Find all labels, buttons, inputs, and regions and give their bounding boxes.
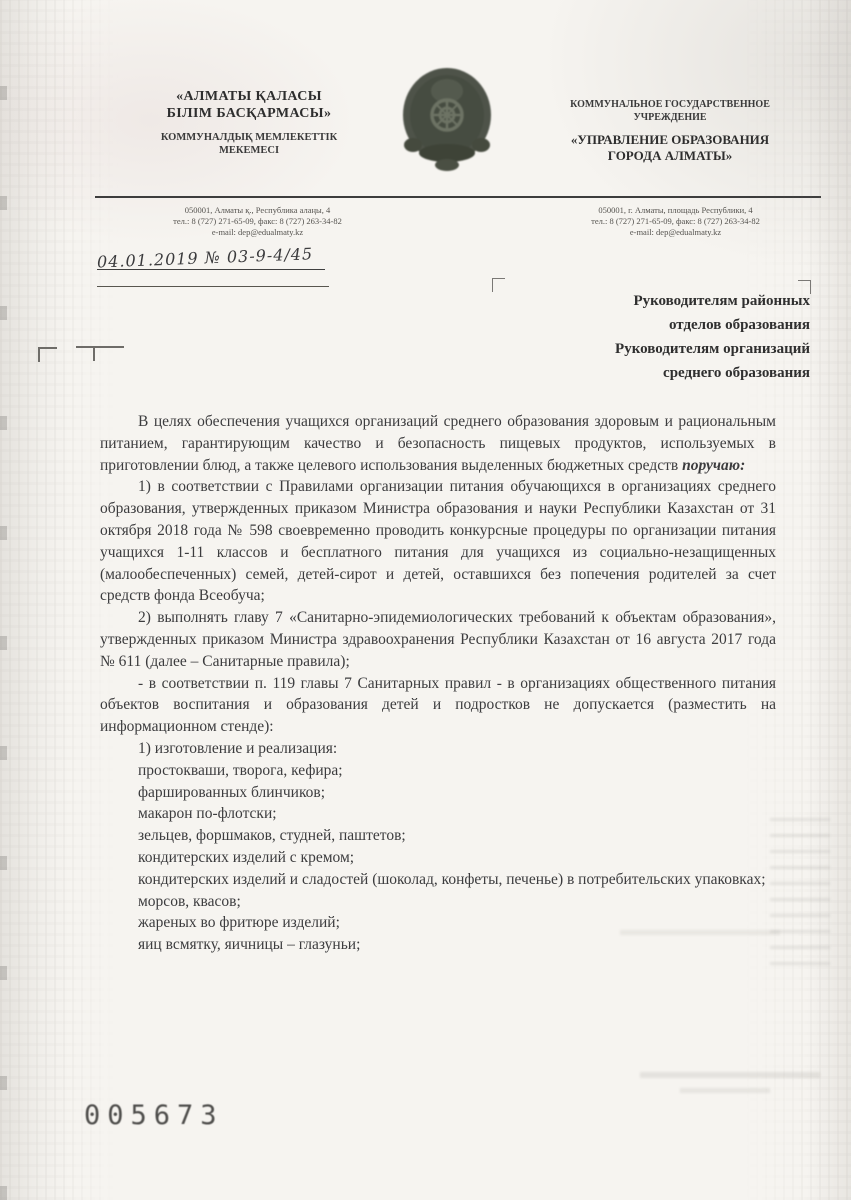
scanned-letter-page: «АЛМАТЫ ҚАЛАСЫ БІЛІМ БАСҚАРМАСЫ» КОММУНА… — [0, 0, 851, 1200]
address-email: e-mail: dep@edualmaty.kz — [105, 227, 410, 238]
org-name-line: ГОРОДА АЛМАТЫ» — [520, 148, 820, 164]
org-name-line: БІЛІМ БАСҚАРМАСЫ» — [108, 105, 390, 122]
body-paragraph: - в соответствии п. 119 главы 7 Санитарн… — [100, 673, 776, 738]
document-stamp-number: 005673 — [84, 1100, 224, 1131]
body-list-item: кондитерских изделий с кремом; — [100, 847, 776, 869]
org-name-line: «АЛМАТЫ ҚАЛАСЫ — [108, 88, 390, 105]
letterhead-divider — [95, 196, 821, 198]
handwritten-date-number: 04.01.2019 № 03-9-4/45 — [97, 243, 333, 271]
body-paragraph: 2) выполнять главу 7 «Санитарно-эпидемио… — [100, 607, 776, 672]
body-paragraph-intro: В целях обеспечения учащихся организаций… — [100, 411, 776, 476]
org-name-russian: «УПРАВЛЕНИЕ ОБРАЗОВАНИЯ ГОРОДА АЛМАТЫ» — [520, 132, 820, 164]
margin-corner-mark — [38, 347, 57, 362]
address-block-kazakh: 050001, Алматы қ., Республика алаңы, 4 т… — [105, 205, 410, 238]
body-list-item: жареных во фритюре изделий; — [100, 912, 776, 934]
bleed-through-artifact — [680, 1088, 770, 1093]
org-type-russian: КОММУНАЛЬНОЕ ГОСУДАРСТВЕННОЕ УЧРЕЖДЕНИЕ — [520, 99, 820, 124]
org-name-line: «УПРАВЛЕНИЕ ОБРАЗОВАНИЯ — [520, 132, 820, 148]
address-line: тел.: 8 (727) 271-65-09, факс: 8 (727) 2… — [105, 216, 410, 227]
org-type-line: КОММУНАЛЬНОЕ ГОСУДАРСТВЕННОЕ — [520, 99, 820, 112]
letterhead-right-org: КОММУНАЛЬНОЕ ГОСУДАРСТВЕННОЕ УЧРЕЖДЕНИЕ … — [520, 99, 820, 164]
address-email: e-mail: dep@edualmaty.kz — [528, 227, 823, 238]
body-list-item: яиц всмятку, яичницы – глазуньи; — [100, 934, 776, 956]
intro-emphasis: поручаю: — [682, 457, 745, 474]
body-list-item: зельцев, форшмаков, студней, паштетов; — [100, 825, 776, 847]
address-line: тел.: 8 (727) 271-65-09, факс: 8 (727) 2… — [528, 216, 823, 227]
kazakhstan-coat-of-arms-icon — [397, 61, 497, 175]
body-paragraph: 1) в соответствии с Правилами организаци… — [100, 476, 776, 607]
body-list-item: морсов, квасов; — [100, 891, 776, 913]
org-name-kazakh: «АЛМАТЫ ҚАЛАСЫ БІЛІМ БАСҚАРМАСЫ» — [108, 88, 390, 122]
org-type-line: КОММУНАЛДЫҚ МЕМЛЕКЕТТІК — [108, 131, 390, 144]
recipient-line: отделов образования — [480, 313, 810, 337]
recipient-line: Руководителям районных — [480, 289, 810, 313]
margin-corner-mark — [76, 346, 124, 361]
bleed-through-artifact — [640, 1072, 820, 1078]
recipient-line: Руководителям организаций — [480, 337, 810, 361]
body-paragraph: 1) изготовление и реализация: — [100, 738, 776, 760]
reference-underline — [97, 286, 329, 287]
intro-text: В целях обеспечения учащихся организаций… — [100, 413, 776, 474]
org-type-line: МЕКЕМЕСІ — [108, 144, 390, 157]
body-list-item: кондитерских изделий и сладостей (шокола… — [100, 869, 776, 891]
letterhead-left-org: «АЛМАТЫ ҚАЛАСЫ БІЛІМ БАСҚАРМАСЫ» КОММУНА… — [108, 88, 390, 157]
address-line: 050001, Алматы қ., Республика алаңы, 4 — [105, 205, 410, 216]
body-list-item: фаршированных блинчиков; — [100, 782, 776, 804]
address-line: 050001, г. Алматы, площадь Республики, 4 — [528, 205, 823, 216]
bleed-through-artifact — [770, 815, 830, 965]
recipients-block: Руководителям районных отделов образован… — [480, 289, 810, 385]
address-block-russian: 050001, г. Алматы, площадь Республики, 4… — [528, 205, 823, 238]
body-list-item: макарон по-флотски; — [100, 803, 776, 825]
body-list-item: простокваши, творога, кефира; — [100, 760, 776, 782]
scan-edge-artifact — [0, 0, 7, 1200]
reference-block: 04.01.2019 № 03-9-4/45 — [97, 248, 332, 287]
org-type-line: УЧРЕЖДЕНИЕ — [520, 112, 820, 125]
org-type-kazakh: КОММУНАЛДЫҚ МЕМЛЕКЕТТІК МЕКЕМЕСІ — [108, 131, 390, 157]
letter-body: В целях обеспечения учащихся организаций… — [100, 411, 776, 956]
recipient-line: среднего образования — [480, 361, 810, 385]
